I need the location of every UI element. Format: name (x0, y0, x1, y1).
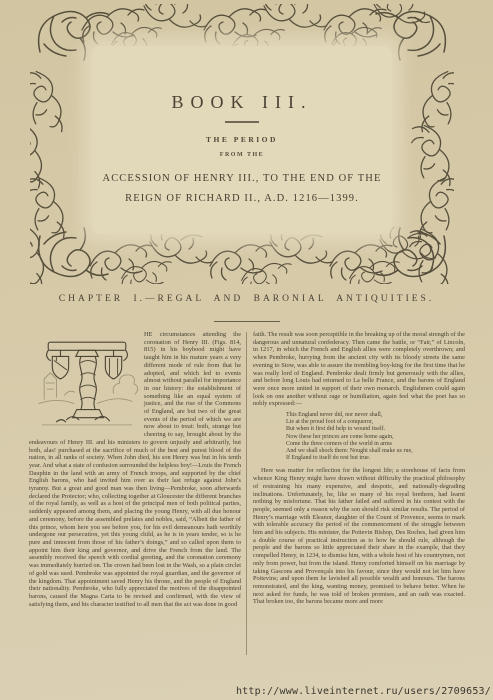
initial-letter-T-engraving (35, 332, 139, 432)
verse-line: But when it first did help to wound itse… (286, 426, 465, 433)
accession-line-1: ACCESSION OF HENRY III., TO THE END OF T… (92, 169, 392, 189)
period-label: THE PERIOD (92, 135, 392, 144)
ornate-border-frame: BOOK III. THE PERIOD FROM THE ACCESSION … (30, 4, 454, 284)
scanned-book-page: BOOK III. THE PERIOD FROM THE ACCESSION … (0, 0, 493, 700)
body-text-columns: HE circumstances attending the coronatio… (29, 331, 465, 661)
verse-line: Come the three corners of the world in a… (286, 441, 465, 448)
book-title: BOOK III. (92, 92, 392, 113)
verse-line: If England to itself do rest but true. (286, 455, 465, 462)
verse-quotation: This England never did, nor never shall,… (286, 412, 465, 462)
from-label: FROM THE (92, 152, 392, 158)
title-panel: BOOK III. THE PERIOD FROM THE ACCESSION … (92, 46, 392, 234)
chapter-heading-rule (214, 321, 280, 322)
left-column-paragraph: HE circumstances attending the coronatio… (29, 331, 241, 608)
verse-line: Now these her princes are come home agai… (286, 434, 465, 441)
title-rule (225, 121, 259, 123)
accession-line-2: REIGN OF RICHARD II., A.D. 1216—1399. (92, 189, 392, 209)
right-column-paragraph-2: Here was matter for reflection for the l… (253, 467, 465, 606)
left-column: HE circumstances attending the coronatio… (29, 331, 246, 661)
watermark-url: http://www.liveinternet.ru/users/2709653… (236, 686, 491, 697)
right-column: faith. The result was soon perceptible i… (247, 331, 465, 661)
right-column-paragraph-1: faith. The result was soon perceptible i… (253, 331, 465, 408)
chapter-heading: CHAPTER I.—REGAL AND BARONIAL ANTIQUITIE… (0, 294, 493, 304)
